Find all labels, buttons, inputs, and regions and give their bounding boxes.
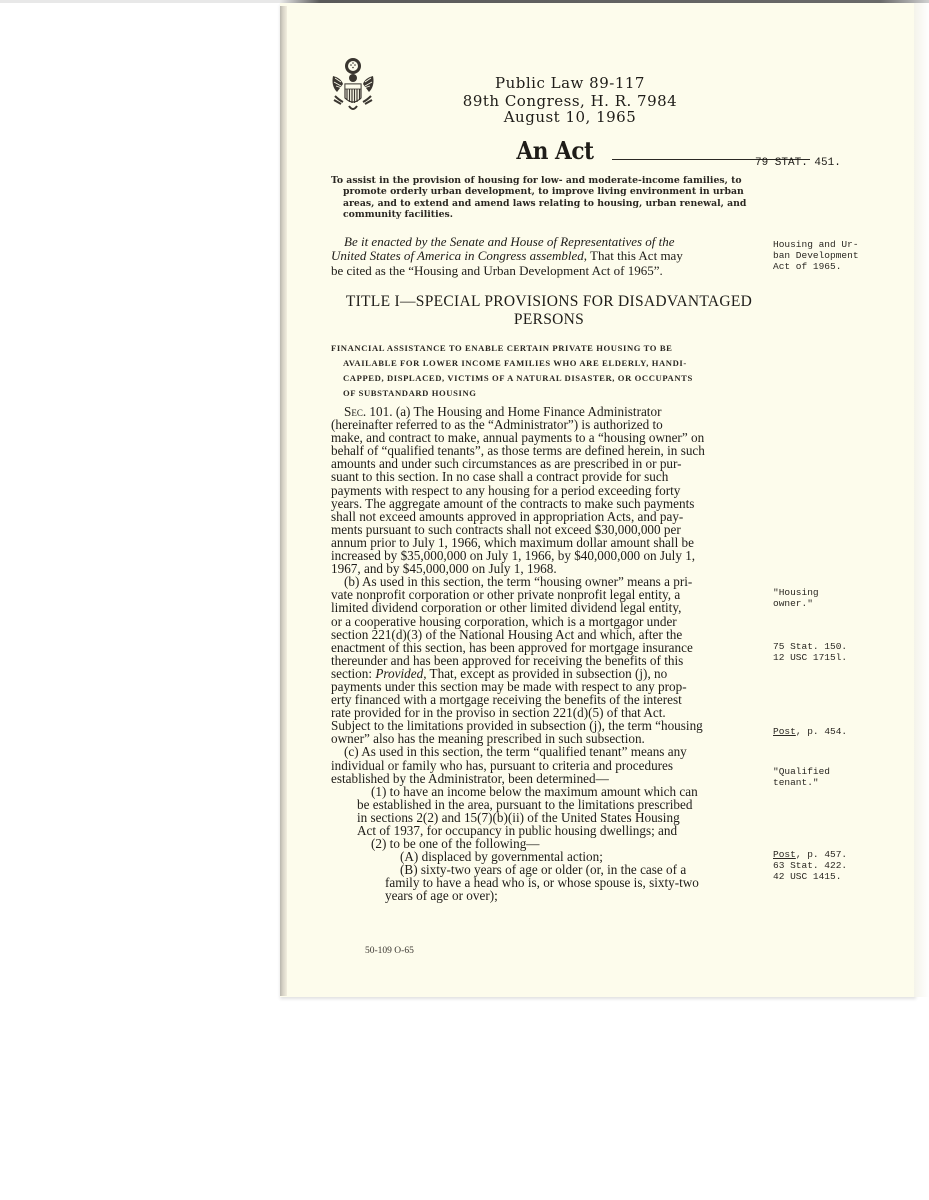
page-right-edge	[914, 3, 929, 997]
title-heading: TITLE I—SPECIAL PROVISIONS FOR DISADVANT…	[329, 293, 769, 328]
section-101-body: Sec. 101. (a) The Housing and Home Finan…	[331, 405, 767, 903]
margin-note-75-stat-150: 75 Stat. 150. 12 USC 1715l.	[773, 641, 847, 663]
enactment-date: August 10, 1965	[430, 108, 710, 126]
margin-note-post-454: Post, p. 454.	[773, 726, 847, 737]
great-seal-eagle-icon	[329, 56, 377, 116]
margin-note-housing-owner: "Housing owner."	[773, 587, 819, 609]
act-purpose: To assist in the provision of housing fo…	[331, 175, 769, 220]
enacting-clause: Be it enacted by the Senate and House of…	[331, 235, 767, 278]
margin-note-post-457: Post, p. 457. 63 Stat. 422. 42 USC 1415.	[773, 849, 847, 882]
page-binding-edge	[280, 6, 287, 996]
margin-note-qualified-tenant: "Qualified tenant."	[773, 766, 830, 788]
gpo-print-code: 50-109 O-65	[365, 946, 414, 956]
section-subheading: FINANCIAL ASSISTANCE TO ENABLE CERTAIN P…	[331, 341, 771, 401]
margin-note-short-title: Housing and Ur- ban Development Act of 1…	[773, 239, 859, 272]
public-law-number: Public Law 89-117	[430, 74, 710, 92]
act-title: An Act	[510, 136, 600, 165]
statute-citation: 79 STAT. 451.	[755, 157, 841, 169]
